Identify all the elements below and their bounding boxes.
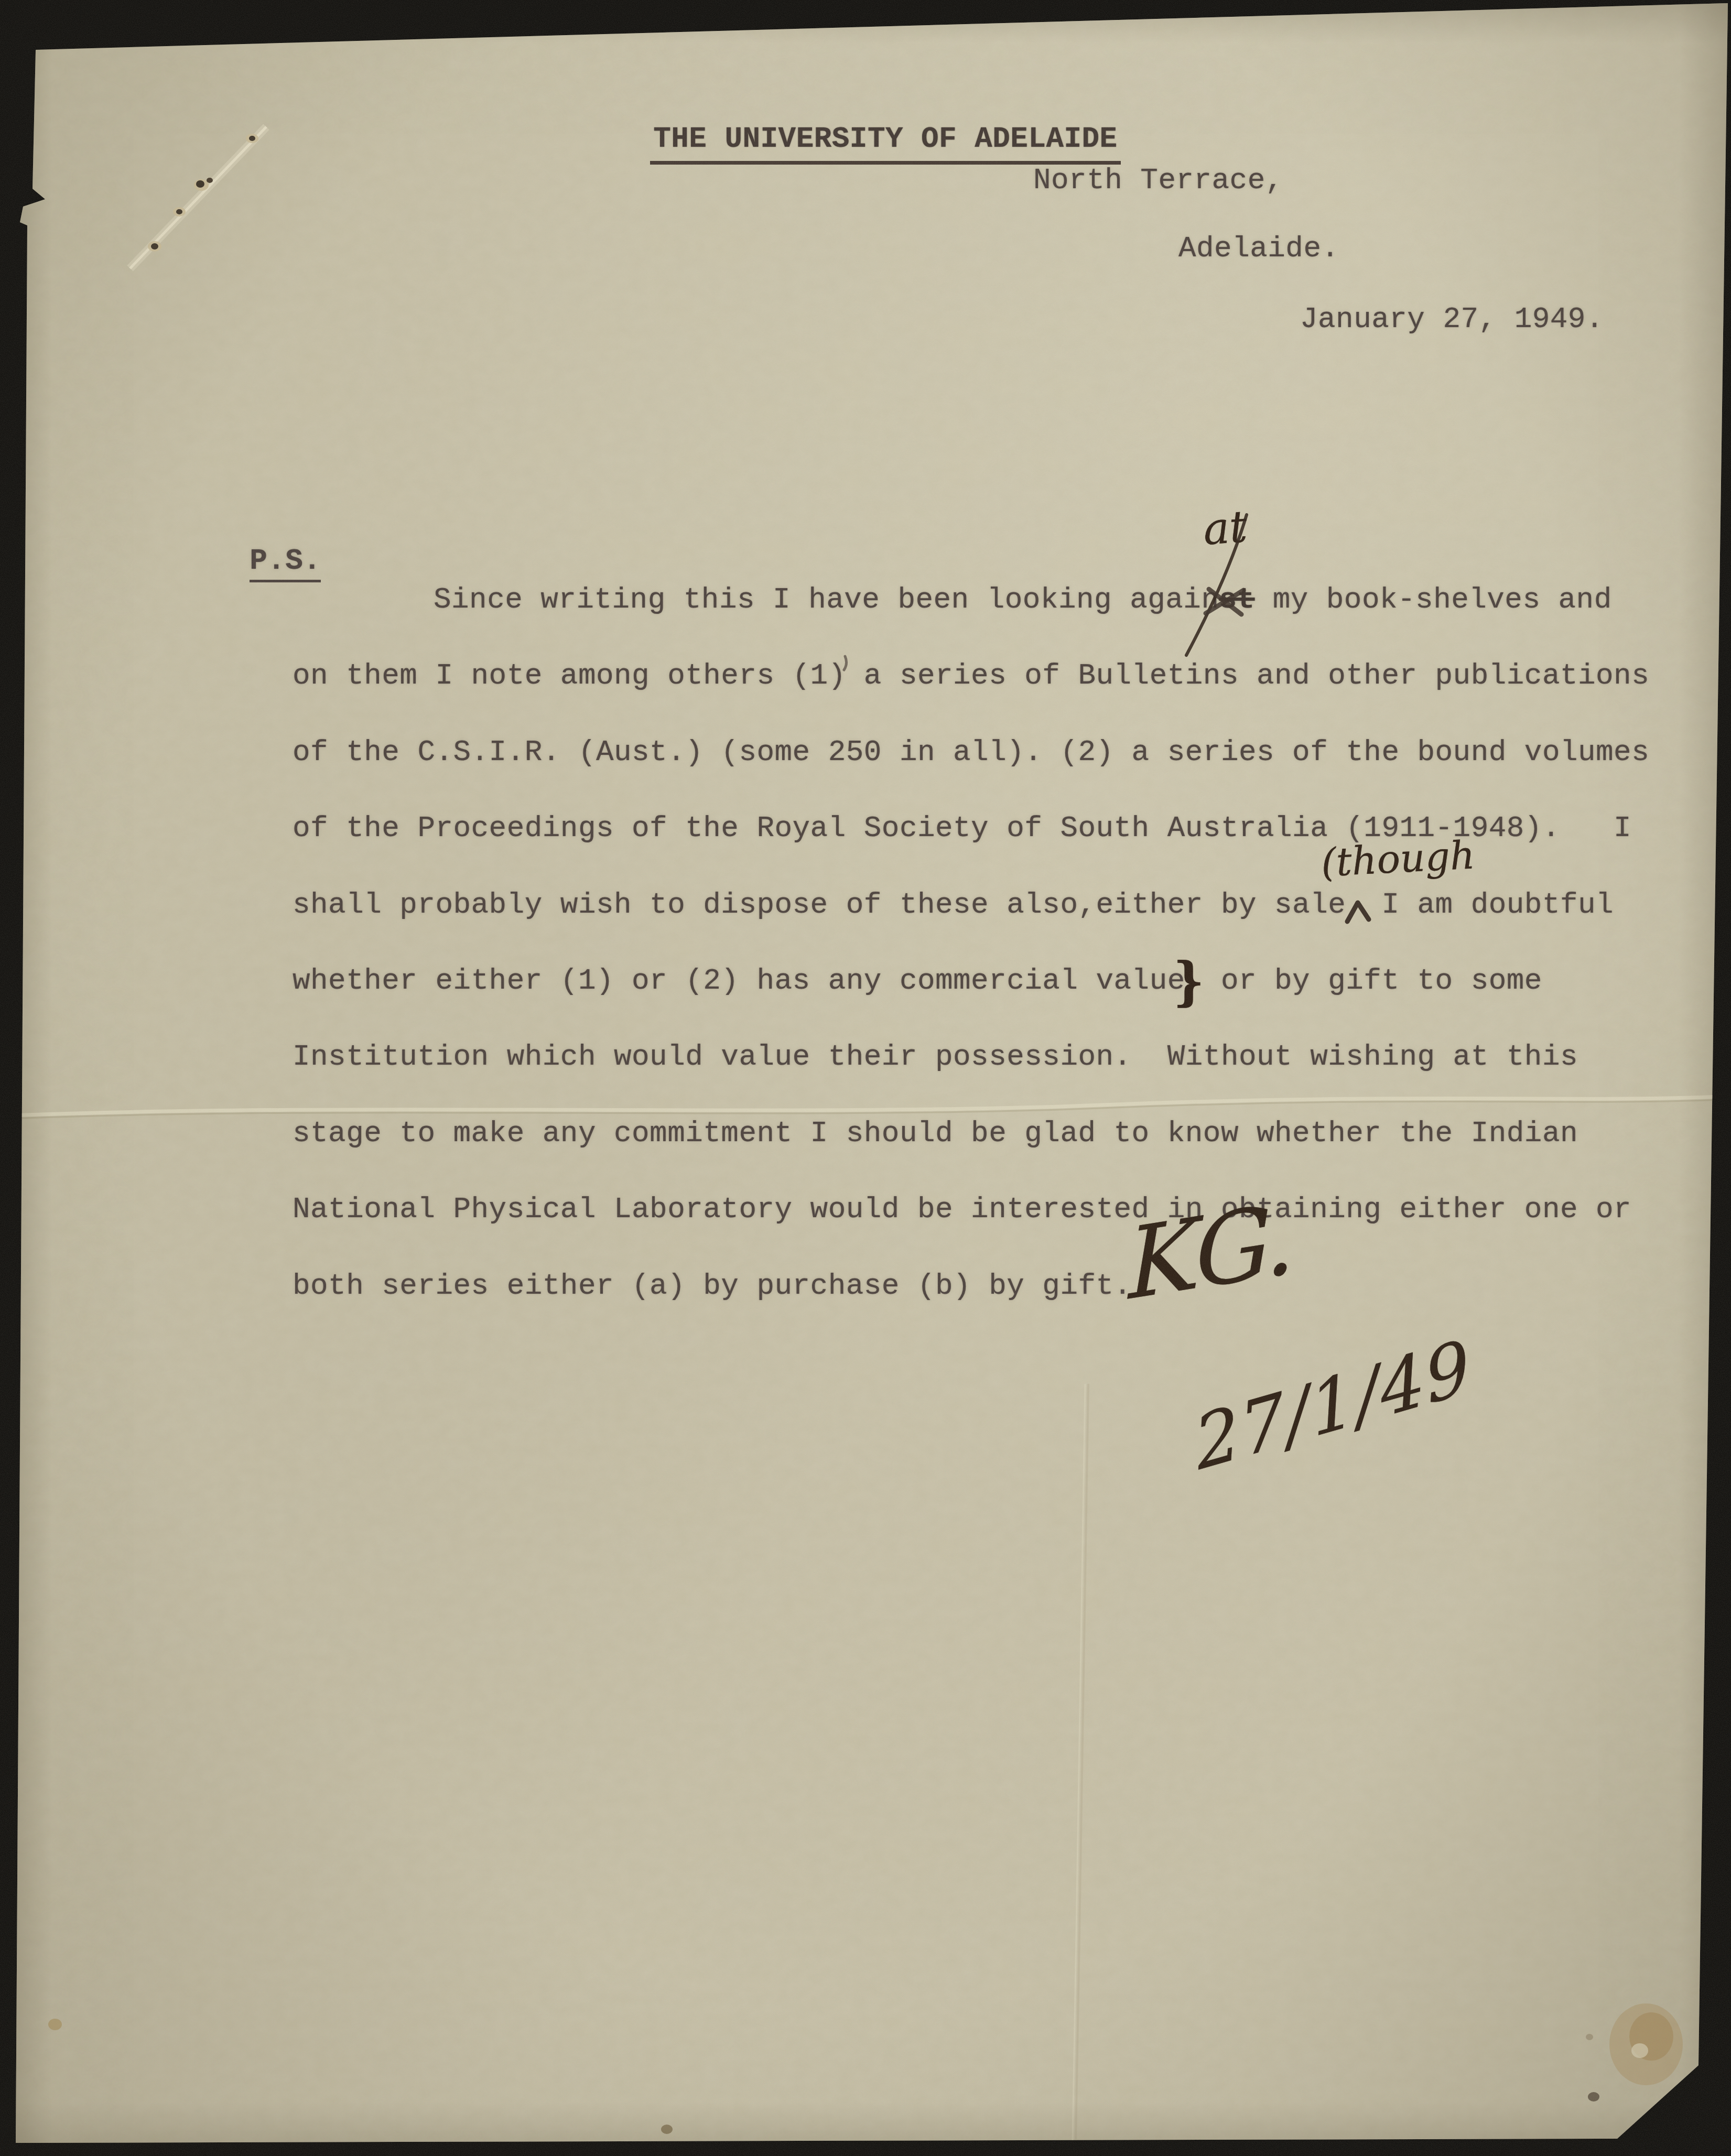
handwritten-insertion-at: at [1202,501,1249,555]
scanned-letter-page: { "scan": { "background_color": "#0e0d0b… [0,0,1731,2156]
letter-paper: THE UNIVERSITY OF ADELAIDE North Terrace… [0,0,1731,2156]
handwritten-signature-date: 27/1/49 [1191,1323,1476,1487]
line1-post: my book-shelves and [1255,583,1612,616]
body-line-7: Institution which would value their poss… [293,1042,1578,1071]
stain-bottom-right [1609,2003,1683,2085]
stain-bottom-left [48,2019,62,2030]
speck [1586,2034,1593,2040]
speck [1588,2092,1599,2101]
speck-bottom-center [661,2125,673,2134]
crease-topleft [130,127,266,268]
postscript-label: P.S. [178,517,321,605]
crease-vertical [1076,1384,1088,2141]
body-line-1: Since writing this I have been looking a… [434,585,1612,614]
body-line-6: whether either (1) or (2) has any commer… [293,966,1542,995]
university-title: THE UNIVERSITY OF ADELAIDE [650,122,1120,165]
letter-date: January 27, 1949. [1300,305,1604,334]
body-line-5: shall probably wish to dispose of these … [293,890,1614,919]
body-line-10: both series either (a) by purchase (b) b… [293,1271,1132,1301]
body-line-3: of the C.S.I.R. (Aust.) (some 250 in all… [293,738,1649,767]
handwritten-brace: } [1173,951,1204,1012]
crease-horizontal [10,1097,1719,1115]
handwritten-insertion-though: (though [1320,832,1476,885]
letterhead-street: North Terrace, [1033,166,1283,195]
body-line-9: National Physical Laboratory would be in… [293,1195,1631,1224]
body-line-8: stage to make any commitment I should be… [293,1119,1578,1148]
line1-struck-letters: st [1219,583,1254,616]
letterhead-city: Adelaide. [1178,234,1339,263]
line1-pre: Since writing this I have been looking a… [434,583,1219,616]
body-line-2: on them I note among others (1) a series… [293,661,1649,690]
